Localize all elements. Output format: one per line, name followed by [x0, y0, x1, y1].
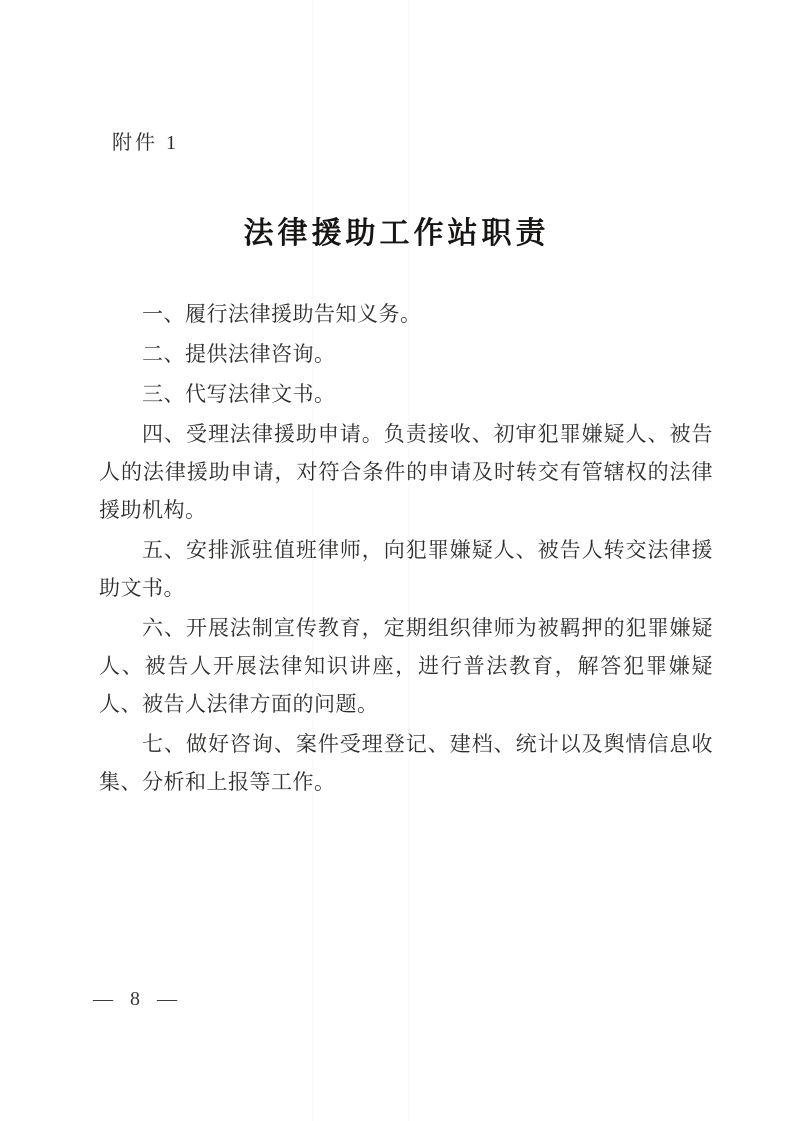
page-number: — 8 — — [93, 988, 183, 1011]
duty-item-6: 六、开展法制宣传教育，定期组织律师为被羁押的犯罪嫌疑人、被告人开展法律知识讲座，… — [99, 609, 713, 723]
duty-item-5: 五、安排派驻值班律师，向犯罪嫌疑人、被告人转交法律援助文书。 — [99, 531, 713, 607]
duty-item-4: 四、受理法律援助申请。负责接收、初审犯罪嫌疑人、被告人的法律援助申请，对符合条件… — [99, 415, 713, 529]
attachment-label: 附件 1 — [112, 126, 179, 155]
scanned-document-page: 附件 1 法律援助工作站职责 一、履行法律援助告知义务。 二、提供法律咨询。 三… — [0, 0, 793, 1121]
document-title: 法律援助工作站职责 — [0, 208, 793, 252]
duty-item-2: 二、提供法律咨询。 — [99, 335, 713, 373]
duty-item-7: 七、做好咨询、案件受理登记、建档、统计以及舆情信息收集、分析和上报等工作。 — [99, 725, 713, 801]
document-body: 一、履行法律援助告知义务。 二、提供法律咨询。 三、代写法律文书。 四、受理法律… — [99, 295, 713, 803]
duty-item-1: 一、履行法律援助告知义务。 — [99, 295, 713, 333]
duty-item-3: 三、代写法律文书。 — [99, 375, 713, 413]
